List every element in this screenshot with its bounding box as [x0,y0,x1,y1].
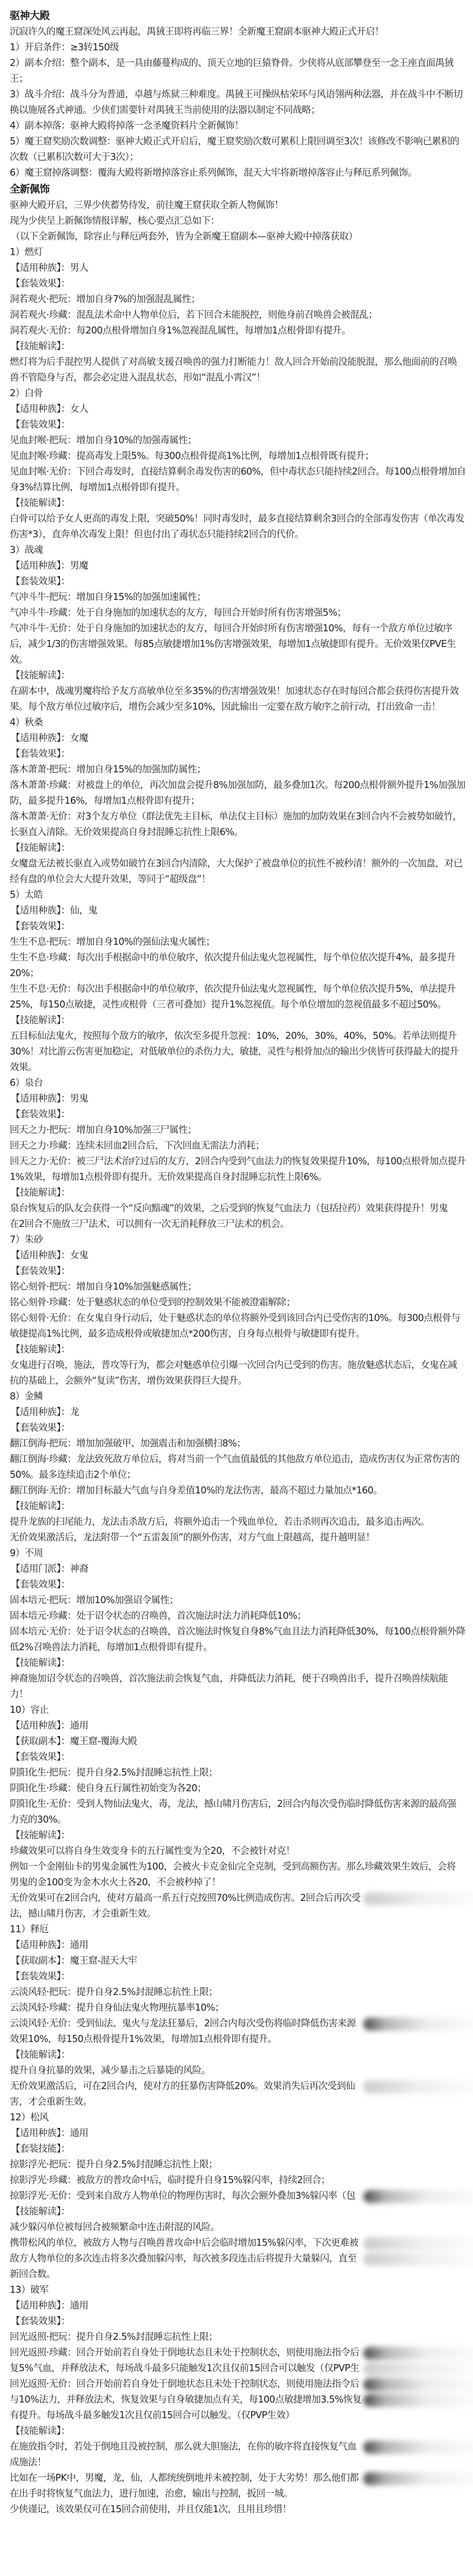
line-text: 驱神大殿 [10,10,50,22]
field-label-line: 【获取副本】：魔王窟-覆海大殿 [10,1734,463,1750]
redaction-smear [363,2018,473,2031]
line-text: 女魔盘无法被长驱直入或势如破竹在3回合内清除，大大保护了被盘单位的抗性不被秒清！… [10,858,463,869]
paragraph-line: 阴阳化生·把玩：提升自身2.5%封混睡忘抗性上限； [10,1765,463,1781]
paragraph-line: 9）不周 [10,1546,463,1561]
paragraph-line: 换以施展各式神通。少侠们需要针对禺狨王当前使用的法器以制定不同战略； [10,103,463,118]
line-text: 20%； [10,968,39,979]
line-text: 【技能解读】： [11,2426,70,2437]
line-text: 兽不管隐身与否，都会必定进入混乱状态，形如“混乱小霄汉”！ [10,372,265,383]
paragraph-line: 回天之力·无价：被三尸法术治疗过后的友方，2回合内受到气血法力的恢复效果提升10… [10,1154,463,1170]
field-label-line: 【技能解读】： [10,1185,463,1201]
line-text: 生生不息·把玩：增加自身10%的强仙法鬼火属性； [10,937,215,947]
line-text: 比如在一场PK中，男魔，龙，仙，人都统统倒地并未被控制，处于大劣势！那么他们都 [10,2473,359,2484]
paragraph-line: 男鬼的金100变为金木水火土各20，不会被秒掉了！ [10,1875,463,1891]
paragraph-line: 固本培元·把玩：增加10%加强诏令属性； [10,1593,463,1609]
field-label-line: 【套装效果】： [10,1107,463,1123]
line-text: 王； [10,74,28,84]
redaction-smear [363,2190,473,2203]
paragraph-line: 新回合数。 [10,2267,463,2283]
line-text: 【套装技能】： [11,2144,70,2154]
line-text: 【技能解读】： [11,1658,70,1669]
line-text: 复5%气血，并释放法术，每场战斗最多只能触发1次且仅前15回合可以触发（仅PVP… [10,2363,359,2374]
line-text: 气冲斗牛·无价：处于自身施加的加速状态的友方，每回合开始时所有伤害增强10%，每… [10,623,452,634]
line-text: 【技能解读】： [11,1344,70,1355]
paragraph-line: 害，才会重新生效。 [10,2094,463,2110]
paragraph-line: 见血封喉·珍藏：提高毒发上限5%。每300点根骨提高1%比例，每增加1点根骨既有… [10,449,463,464]
field-label-line: 【套装效果】： [10,1577,463,1593]
field-label-line: 【技能解读】： [10,2424,463,2439]
field-label-line: 【适用种族】：男鬼 [10,1091,463,1107]
line-text: 落木萧萧·无价：对3个友方单位（群法优先主目标，单法仅主目标）施加的加防效果在3… [10,811,462,822]
paragraph-line: 见血封喉·把玩：增加自身10%的加强毒属性； [10,433,463,449]
field-label-line: 【适用种族】：女鬼 [10,1248,463,1264]
redaction-smear [363,2472,473,2485]
paragraph-line: 身3%结算比例，每增加1点根骨即有提升。 [10,480,463,496]
paragraph-line: 落木萧萧·无价：对3个友方单位（群法优先主目标，单法仅主目标）施加的加防效果在3… [10,809,463,825]
paragraph-line: 比如在一场PK中，男魔，龙，仙，人都统统倒地并未被控制，处于大劣势！那么他们都 [10,2471,463,2486]
line-text: 沉寂许久的魔王窟深处风云再起，禺狨王即将再临三界！全新魔王窟副本驱神大殿正式开启… [10,26,384,37]
line-text: 10）容止 [10,1705,49,1716]
line-text: 【技能解读】： [11,1187,70,1198]
line-text: 12）松风 [10,2112,49,2123]
line-text: 云淡风轻·无价：受到仙法、鬼火与龙法狂暴后，2回合内每次受伤将临时降低伤害来源 [10,2018,356,2029]
line-text: 掠影浮光·无价：受到来自敌方人物单位的物理伤害时，每次会额外叠加3%躲闪率（包 [10,2191,355,2201]
redaction-smear [363,2441,473,2454]
line-text: 力克的30%。 [10,1814,66,1825]
article: 驱神大殿沉寂许久的魔王窟深处风云再起，禺狨王即将再临三界！全新魔王窟副本驱神大殿… [0,0,473,2523]
line-text: 无价效果可在2回合内，使对方最高一系五行克按照70%比例造成伤害。2回合后再次受 [10,1893,361,1904]
field-label-line: 【套装效果】： [10,1420,463,1436]
line-text: 30%！对比游云伤害更加稳定，对低敏单位的杀伤力大，敏捷，灵性与根骨加点的输出少… [10,1046,458,1057]
line-text: 低2%召唤兽法力消耗，每增加1点根骨即有提升。 [10,1642,212,1653]
line-text: 气冲斗牛·把玩：增加自身15%的加强加速属性； [10,592,206,603]
section-heading: 驱神大殿 [10,8,463,24]
line-text: 无价效果激活后，可在2回合内，使对方的狂暴伤害降低20%。效果消失后再次受到仙 [10,2081,355,2092]
field-label-line: 【技能解读】： [10,2047,463,2063]
field-label-line: 【适用种族】：通用 [10,2126,463,2141]
paragraph-line: 女鬼进行召唤，施法，普攻等行为，都会对魅惑单位引爆一次回合内已受到的伤害。施放魅… [10,1358,463,1373]
paragraph-line: 成施法！ [10,2455,463,2471]
line-text: 【技能解读】： [11,1501,70,1512]
paragraph-line: 有提升。每场战斗最多触发1次且仅前15回合可以触发。（仅PVP生效） [10,2408,463,2424]
line-text: 力！ [10,1689,28,1700]
line-text: 铭心刻骨·无价：在女鬼自身行动后，处于魅惑状态的单位将额外受到该回合内已受伤害的… [10,1313,460,1324]
field-label-line: 【技能解读】： [10,1656,463,1671]
line-text: 1%效果，每增加1点根骨即有提升。无价效果提高自身封混睡忘抗性上限6%。 [10,1172,327,1183]
line-text: 9）不周 [10,1548,43,1559]
line-text: 5）魔王窟奖励次数调整：驱神大殿正式开启后，魔王窟奖励次数可累积上限回调至3次！… [10,136,459,147]
line-text: 【适用种族】：仙，鬼 [11,905,97,916]
line-text: 【技能解读】： [11,341,70,352]
paragraph-line: 抗的基础上，会额外“复读”伤害，增伤效果获得巨大提升。 [10,1373,463,1389]
line-text: 【适用种族】：男鬼 [11,1093,88,1104]
line-text: 落木萧萧·把玩：增加自身15%的加强加防属性； [10,764,206,775]
line-text: 翻江倒海·珍藏：龙法致死敌方单位后，将对当前一个气血值最低的其他敌方单位追击，造… [10,1454,460,1465]
line-text: 在出手时将恢复气血法力，进行加速，治愈，输出与控制，扳回一城。 [10,2488,293,2499]
line-text: 洞若观火·无价：每200点根骨增加自身1%忽视混乱属性，每增加1点根骨即有提升。 [10,325,350,336]
line-text: 云淡风轻·珍藏：提升自身仙法鬼火物理抗暴率10%； [10,2003,224,2013]
field-label-line: 【套装效果】： [10,1264,463,1279]
paragraph-line: 生生不息·无价：每次出手根据命中的单位敏序，依次提升仙法鬼火忽视属性，每个单位依… [10,982,463,997]
line-text: 【套装效果】： [11,1109,70,1120]
line-text: 提升自身抗暴的效果，减少暴击之后暴毙的风险。 [10,2065,211,2076]
paragraph-line: 4）副本掉落：驱神大殿将掉落一念圣魔资料片全新佩饰！ [10,118,463,134]
line-text: 【套装效果】： [11,419,70,430]
line-text: 铭心刻骨·珍藏：处于魅惑状态的单位受到的控制效果不能被澄霜解除； [10,1297,295,1308]
line-text: 【适用种族】：通用 [11,2300,88,2311]
paragraph-line: 效。 [10,652,463,668]
line-text: 7）朱砂 [10,1234,43,1245]
line-text: 【技能解读】： [11,2050,70,2060]
paragraph-line: 携带松风的单位，被敌方人物与召唤兽普攻命中后会临时增加15%躲闪率，下次更难被 [10,2235,463,2251]
field-label-line: 【套装效果】： [10,919,463,935]
paragraph-line: 五目标仙法鬼火，按照每个敌方的敏序，依次至多提升忽视：10%，20%，30%，4… [10,1029,463,1044]
line-text: 阴阳化生·无价：受到人物仙法鬼火，毒，龙法，撼山啸月伤害后，2回合内每次受伤临时… [10,1799,456,1810]
line-text: 【技能解读】： [11,670,70,681]
line-text: 换以施展各式神通。少侠们需要针对禺狨王当前使用的法器以制定不同战略； [10,105,320,116]
paragraph-line: 1）燃灯 [10,245,463,261]
paragraph-line: 翻江倒海·无价：增加目标最大气血与自身差值10%的龙法伤害，最高不超过力量加点*… [10,1483,463,1499]
paragraph-line: 铭心刻骨·无价：在女鬼自身行动后，处于魅惑状态的单位将额外受到该回合内已受伤害的… [10,1311,463,1326]
section-heading: 全新佩饰 [10,181,463,198]
line-text: 回天之力·珍藏：连续未回血2回合后，下次回血无需法力消耗； [10,1140,265,1151]
paragraph-line: 25%，每150点敏捷，灵性或根骨（三者可叠加）提升1%忽视值。每个单位增加的忽… [10,997,463,1013]
field-label-line: 【套装效果】： [10,1969,463,1985]
line-text: 【适用种族】：女鬼 [11,1250,88,1261]
paragraph-line: 神裔施加诏令状态的召唤兽，首次施法前会恢复气血，并降低法力消耗，便于召唤兽出手，… [10,1671,463,1687]
paragraph-line: 例如一个金刚仙卡的男鬼金属性为100，会被火卡克金仙完全克制，受到高额伤害。那么… [10,1859,463,1875]
paragraph-line: 1）开启条件：≥3转150级 [10,40,463,56]
line-text: 8）金鳞 [10,1391,43,1402]
redaction-smear [363,2347,473,2360]
line-text: 11）释厄 [10,1924,49,1935]
paragraph-line: 5）太皓 [10,887,463,903]
line-text: 神裔施加诏令状态的召唤兽，首次施法前会恢复气血，并降低法力消耗，便于召唤兽出手，… [10,1673,448,1684]
line-text: 【获取副本】：魔王窟-覆海大殿 [11,1736,137,1747]
paragraph-line: 3）战斗介绍：战斗分为普通，卓越与炼狱三种难度。禺狨王可操纵枯荣环与风语翎两种法… [10,87,463,103]
line-text: 在副本中，战魂男魔将给予友方高敏单位至多35%的伤害增强效果！加速状态存在时每回… [10,686,458,697]
paragraph-line: 少侠谨记，该效果仅可在15回合前使用，并且仅能1次，且用且珍惜！ [10,2502,463,2518]
line-text: 五目标仙法鬼火，按照每个敌方的敏序，依次至多提升忽视：10%，20%，30%，4… [10,1031,457,1042]
line-text: 【套装效果】： [11,278,70,289]
paragraph-line: 王； [10,71,463,87]
line-text: 果。每个敌方单位过敏序后，增伤会减少至多10%，因此输出一定要在敌方敏序之前行动… [10,702,441,712]
paragraph-line: 生生不息·把玩：增加自身10%的强仙法鬼火属性； [10,935,463,950]
line-text: 珍藏效果可以将自身生效变身卡的五行属性变为全20，不会被针对克！ [10,1846,295,1857]
paragraph-line: 防，最多提升16%，每增加1点根骨即有提升； [10,793,463,809]
field-label-line: 【套装效果】： [10,2314,463,2330]
line-text: 回天之力·把玩：增加自身10%加强三尸属性； [10,1125,197,1136]
paragraph-line: 敌方人物单位的多次连击将多次叠加躲闪率，每次被多段连击后将提升大量躲闪，直至 [10,2251,463,2267]
line-text: 【适用种族】：男人 [11,263,88,273]
paragraph-line: 落木萧萧·把玩：增加自身15%的加强加防属性； [10,762,463,778]
line-text: 敏捷提高1%比例，最多造成根骨或敏捷加点*200伤害，自身每点根骨与敏捷即有提升… [10,1329,365,1339]
paragraph-line: 果。每个敌方单位过敏序后，增伤会减少至多10%，因此输出一定要在敌方敏序之前行动… [10,699,463,715]
line-text: 生生不息·无价：每次出手根据命中的单位敏序，依次提升仙法鬼火忽视属性，每个单位依… [10,984,456,995]
line-text: 铭心刻骨·把玩：增加自身10%加强魅惑属性； [10,1282,197,1292]
line-text: 敌方人物单位的多次连击将多次叠加躲闪率，每次被多段连击后将提升大量躲闪，直至 [10,2253,356,2264]
line-text: 阴阳化生·珍藏：使自身五行属性初始变为各20； [10,1783,206,1794]
line-text: 【套装效果】： [11,1266,70,1277]
paragraph-line: 效果10%，每150点根骨提升1%效果，每增加1点根骨即有提升。 [10,2032,463,2047]
line-text: 【技能解读】： [11,843,70,853]
paragraph-line: 法，撼山啸月伤害，才会重新生效。 [10,1906,463,1922]
paragraph-line: 在出手时将恢复气血法力，进行加速，治愈，输出与控制，扳回一城。 [10,2486,463,2502]
field-label-line: 【技能解读】： [10,668,463,684]
field-label-line: 【套装效果】： [10,1750,463,1765]
field-label-line: 【套装技能】： [10,2141,463,2157]
redaction-smear [363,2080,473,2093]
line-text: 生生不息·珍藏：每次出手根据命中的单位敏序，依次提升仙法鬼火忽视属性，每个单位依… [10,952,456,963]
redaction-smear [363,2363,473,2375]
line-text: 身3%结算比例，每增加1点根骨即有提升。 [10,482,185,493]
paragraph-line: 燃灯将为后手混控男人提供了对高敏支援召唤兽的强力打断能力！敌人回合开始前没能脱混… [10,355,463,370]
line-text: 1）燃灯 [10,247,43,258]
paragraph-line: 7）朱砂 [10,1232,463,1248]
field-label-line: 【获取副本】：魔王窟-混天大牢 [10,1953,463,1969]
line-text: 【套装效果】： [11,576,70,587]
paragraph-line: 回天之力·把玩：增加自身10%加强三尸属性； [10,1123,463,1138]
field-label-line: 【技能解读】： [10,1499,463,1514]
line-text: 【套装效果】： [11,1579,70,1590]
line-text: 见血封喉·珍藏：提高毒发上限5%。每300点根骨提高1%比例，每增加1点根骨既有… [10,451,374,462]
line-text: 见血封喉·把玩：增加自身10%的加强毒属性； [10,435,197,446]
line-text: 长驱直入清除。无价效果提高自身封混睡忘抗性上限6%。 [10,827,243,838]
paragraph-line: 泉台恢复后的队友会获得一个“反向黯魂”的效果，之后受到的恢复气血法力（包括拉药）… [10,1201,463,1217]
line-text: 【套装效果】： [11,1423,70,1433]
line-text: 【套装效果】： [11,749,70,759]
line-text: 【套装效果】： [11,921,70,932]
line-text: 防，最多提升16%，每增加1点根骨即有提升； [10,796,200,806]
line-text: 4）秋桑 [10,717,43,728]
paragraph-line: 在施放指令时，若处于倒地且没被控制，那么就大胆施法，在你的敏序将直接恢复气血 [10,2439,463,2455]
line-text: 回光返照·无价：回合开始前若自身处于倒地状态且未处于控制状态，则使用施法指令后 [10,2379,359,2390]
line-text: 法，撼山啸月伤害，才会重新生效。 [10,1908,156,1919]
paragraph-line: 驱神大殿开启，三界少侠蓄势待发，前往魔王窟获取全新人物佩饰！ [10,198,463,213]
paragraph-line: 无价效果可在2回合内，使对方最高一系五行克按照70%比例造成伤害。2回合后再次受 [10,1891,463,1906]
field-label-line: 【套装效果】： [10,276,463,292]
line-text: 【适用种族】：女魔 [11,733,88,744]
line-text: 携带松风的单位，被敌方人物与召唤兽普攻命中后会临时增加15%躲闪率，下次更难被 [10,2238,359,2248]
field-label-line: 【技能解读】： [10,1342,463,1358]
line-text: 燃灯将为后手混控男人提供了对高敏支援召唤兽的强力打断能力！敌人回合开始前没能脱混… [10,357,457,368]
field-label-line: 【适用种族】：龙 [10,1405,463,1420]
field-label-line: 【技能解读】： [10,339,463,355]
paragraph-line: 低2%召唤兽法力消耗，每增加1点根骨即有提升。 [10,1640,463,1656]
paragraph-line: 云淡风轻·把玩：提升自身2.5%封混睡忘抗性上限； [10,1985,463,2000]
paragraph-line: 生生不息·珍藏：每次出手根据命中的单位敏序，依次提升仙法鬼火忽视属性，每个单位依… [10,950,463,966]
line-text: 提升龙族的扫尾能力，龙法击杀敌方后，将额外追击一个残血单位，若击杀则再次追击，最… [10,1517,429,1527]
line-text: 效果10%，每150点根骨提升1%效果，每增加1点根骨即有提升。 [10,2034,277,2045]
paragraph-line: 回光返照·把玩：提升自身2.5%封混睡忘抗性上限； [10,2330,463,2345]
field-label-line: 【技能解读】： [10,496,463,511]
line-text: 阴阳化生·把玩：提升自身2.5%封混睡忘抗性上限； [10,1767,218,1778]
paragraph-line: 掠影浮光·把玩：提升自身2.5%封混睡忘抗性上限； [10,2157,463,2173]
paragraph-line: 后，减少1/3的伤害增强效果。每85点敏捷增加1%伤害增强效果，每增加1点敏捷即… [10,637,463,652]
line-text: 【技能解读】： [11,1015,70,1026]
line-text: 回天之力·无价：被三尸法术治疗过后的友方，2回合内受到气血法力的恢复效果提升10… [10,1156,466,1167]
line-text: （以下全新佩饰，除容止与释厄两套外，皆为全新魔王窟副本—驱神大殿中掉落获取） [11,231,357,242]
paragraph-line: 复5%气血，并释放法术，每场战斗最多只能触发1次且仅前15回合可以触发（仅PVP… [10,2361,463,2377]
paragraph-line: 10）容止 [10,1703,463,1718]
paragraph-line: 5）魔王窟奖励次数调整：驱神大殿正式开启后，魔王窟奖励次数可累积上限回调至3次！… [10,134,463,150]
line-text: 翻江倒海·把玩：增加加强破甲、加强震击和加强横扫8%； [10,1438,246,1449]
line-text: 经有盘的单位会大大提升效果，等同于“超级盘”！ [10,874,211,885]
field-label-line: 【适用种族】：通用 [10,1718,463,1734]
line-text: 新回合数。 [10,2269,56,2280]
redaction-smear [363,2394,473,2407]
line-text: 云淡风轻·把玩：提升自身2.5%封混睡忘抗性上限； [10,1987,218,1998]
line-text: 全新佩饰 [10,183,50,195]
line-text: 减少躲闪单位被每回合被频繁命中连击附混的风险。 [10,2222,220,2233]
field-label-line: 【套装效果】： [10,746,463,762]
line-text: 白骨可以给予女人更高的毒发上限，突破50%！同时毒发时，最多直接结算剩余3回合的… [10,513,464,524]
field-label-line: 【适用种族】：女人 [10,402,463,417]
paragraph-line: 兽不管隐身与否，都会必定进入混乱状态，形如“混乱小霄汉”！ [10,370,463,386]
paragraph-line: 与10%法力，并释放法术，恢复效果与自身敏捷加点有关，每100点敏捷增加3.5%… [10,2392,463,2408]
paragraph-line: 3）战魂 [10,543,463,558]
line-text: 3）战斗介绍：战斗分为普通，卓越与炼狱三种难度。禺狨王可操纵枯荣环与风语翎两种法… [10,89,463,100]
paragraph-line: 沉寂许久的魔王窟深处风云再起，禺狨王即将再临三界！全新魔王窟副本驱神大殿正式开启… [10,24,463,40]
line-text: 1）开启条件：≥3转150级 [10,42,119,53]
paragraph-line: 在2回合不施放三尸法术，可以拥有一次无消耗释放三尸法术的机会。 [10,1217,463,1232]
paragraph-line: 珍藏效果可以将自身生效变身卡的五行属性变为全20，不会被针对克！ [10,1844,463,1859]
line-text: 3）战魂 [10,545,43,556]
line-text: 【套装效果】： [11,2316,70,2327]
line-text: 【适用种族】：通用 [11,1940,88,1951]
line-text: 13）破军 [10,2285,49,2295]
line-text: 无价效果激活后，龙法附带一个“五雷轰顶”的额外伤害，对方气血上限越高，提升越明显… [10,1532,375,1543]
line-text: 男鬼的金100变为金木水火土各20，不会被秒掉了！ [10,1877,221,1888]
paragraph-line: 气冲斗牛·珍藏：处于自身施加的加速状态的友方，每回合开始时所有伤害增强5%； [10,605,463,621]
line-text: 【技能解读】： [11,1830,70,1841]
field-label-line: 【技能解读】： [10,840,463,856]
field-label-line: 【技能解读】： [10,1013,463,1029]
paragraph-line: 2）白骨 [10,386,463,402]
line-text: 掠影浮光·把玩：提升自身2.5%封混睡忘抗性上限； [10,2159,218,2170]
line-text: 洞若观火·把玩：增加自身7%的加强混乱属性； [10,294,200,305]
line-text: 泉台恢复后的队友会获得一个“反向黯魂”的效果，之后受到的恢复气血法力（包括拉药）… [10,1203,448,1214]
paragraph-line: 30%！对比游云伤害更加稳定，对低敏单位的杀伤力大，敏捷，灵性与根骨加点的输出少… [10,1044,463,1060]
field-label-line: 【技能解读】： [10,2204,463,2220]
paragraph-line: 减少躲闪单位被每回合被频繁命中连击附混的风险。 [10,2220,463,2235]
paragraph-line: 50%。最多连续追击2个单位； [10,1467,463,1483]
field-label-line: 【套装效果】： [10,417,463,433]
line-text: 【适用门派】：神裔 [11,1564,88,1574]
redaction-smear [363,2378,473,2391]
paragraph-line: 20%； [10,966,463,982]
line-text: 抗的基础上，会额外“复读”伤害，增伤效果获得巨大提升。 [10,1376,247,1386]
paragraph-line: 白骨可以给予女人更高的毒发上限，突破50%！同时毒发时，最多直接结算剩余3回合的… [10,511,463,527]
line-text: 6）泉台 [10,1078,43,1089]
field-label-line: 【适用种族】：男人 [10,261,463,276]
field-label-line: 【技能解读】： [10,1828,463,1844]
paragraph-line: 力！ [10,1687,463,1703]
line-text: 固本培元·珍藏：处于诏令状态的召唤兽，首次施法时法力消耗降低10%； [10,1611,306,1621]
paragraph-line: 力克的30%。 [10,1812,463,1828]
paragraph-line: 洞若观火·把玩：增加自身7%的加强混乱属性； [10,292,463,308]
line-text: 洞若观火·珍藏：混乱法术命中人物单位后，若下回合未能脱控，则他身前召唤兽会被混乱… [10,310,377,321]
line-text: 伤害*3），直奔单次毒发上限！但也付出了毒状态只能持续2回合的代价。 [10,529,303,540]
paragraph-line: 无价效果激活后，龙法附带一个“五雷轰顶”的额外伤害，对方气血上限越高，提升越明显… [10,1530,463,1546]
paragraph-line: 敏捷提高1%比例，最多造成根骨或敏捷加点*200伤害，自身每点根骨与敏捷即有提升… [10,1326,463,1342]
paragraph-line: 固本培元·无价：处于诏令状态的召唤兽，首次施法时恢复自身8%气血且法力消耗降低3… [10,1624,463,1640]
paragraph-line: 经有盘的单位会大大提升效果，等同于“超级盘”！ [10,872,463,887]
paragraph-line: 女魔盘无法被长驱直入或势如破竹在3回合内清除，大大保护了被盘单位的抗性不被秒清！… [10,856,463,872]
line-text: 25%，每150点敏捷，灵性或根骨（三者可叠加）提升1%忽视值。每个单位增加的忽… [10,999,446,1010]
paragraph-line: 固本培元·珍藏：处于诏令状态的召唤兽，首次施法时法力消耗降低10%； [10,1609,463,1624]
paragraph-line: 掠影浮光·珍藏：被敌方的普攻命中后，临时提升自身15%躲闪率，持续2回合； [10,2173,463,2188]
paragraph-line: 2）副本介绍：整个副本，是一具由藤蔓构成的、顶天立地的巨猿脊骨。少侠将从底部攀登… [10,56,463,71]
paragraph-line: 效果。 [10,1060,463,1076]
line-text: 【套装效果】： [11,1971,70,1982]
line-text: 【适用种族】：通用 [11,1720,88,1731]
paragraph-line: 云淡风轻·珍藏：提升自身仙法鬼火物理抗暴率10%； [10,2000,463,2016]
line-text: 次数（已累积次数可大于3次）； [10,152,138,163]
line-text: 与10%法力，并释放法术，恢复效果与自身敏捷加点有关，每100点敏捷增加3.5%… [10,2394,362,2405]
paragraph-line: 12）松风 [10,2110,463,2126]
line-text: 见血封喉·无价：下回合毒发时，直接结算剩余毒发伤害的60%，但中毒状态只能持续2… [10,466,466,477]
line-text: 现为少侠呈上新佩饰情报详解，核心要点汇总如下： [10,216,220,226]
paragraph-line: 6）魔王窟掉落调整：覆海大殿将新增掉落容止系列佩饰，混天大牢将新增掉落容止与释厄… [10,165,463,181]
line-text: 在2回合不施放三尸法术，可以拥有一次无消耗释放三尸法术的机会。 [10,1219,289,1230]
line-text: 4）副本掉落：驱神大殿将掉落一念圣魔资料片全新佩饰！ [10,121,244,131]
field-label-line: 【适用种族】：男魔 [10,558,463,574]
paragraph-line: 回光返照·珍藏：回合开始前若自身处于倒地状态且未处于控制状态，则使用施法指令后 [10,2345,463,2361]
line-text: 2）副本介绍：整个副本，是一具由藤蔓构成的、顶天立地的巨猿脊骨。少侠将从底部攀登… [10,58,454,69]
paragraph-line: 回光返照·无价：回合开始前若自身处于倒地状态且未处于控制状态，则使用施法指令后 [10,2377,463,2392]
redaction-smear [363,1892,473,1905]
line-text: 【适用种族】：男魔 [11,560,88,571]
line-text: 害，才会重新生效。 [10,2097,92,2107]
paragraph-line: 回天之力·珍藏：连续未回血2回合后，下次回血无需法力消耗； [10,1138,463,1154]
paragraph-line: 见血封喉·无价：下回合毒发时，直接结算剩余毒发伤害的60%，但中毒状态只能持续2… [10,464,463,480]
paragraph-line: 翻江倒海·把玩：增加加强破甲、加强震击和加强横扫8%； [10,1436,463,1452]
paragraph-line: 气冲斗牛·把玩：增加自身15%的加强加速属性； [10,590,463,605]
paragraph-line: 伤害*3），直奔单次毒发上限！但也付出了毒状态只能持续2回合的代价。 [10,527,463,543]
line-text: 【适用种族】：女人 [11,404,88,415]
paragraph-line: 次数（已累积次数可大于3次）； [10,150,463,165]
paragraph-line: 现为少侠呈上新佩饰情报详解，核心要点汇总如下： [10,213,463,229]
field-label-line: 【套装效果】： [10,574,463,590]
line-text: 50%。最多连续追击2个单位； [10,1470,136,1480]
paragraph-line: 阴阳化生·珍藏：使自身五行属性初始变为各20； [10,1781,463,1797]
paragraph-line: 铭心刻骨·珍藏：处于魅惑状态的单位受到的控制效果不能被澄霜解除； [10,1295,463,1311]
line-text: 【技能解读】： [11,498,70,509]
paragraph-line: 云淡风轻·无价：受到仙法、鬼火与龙法狂暴后，2回合内每次受伤将临时降低伤害来源 [10,2016,463,2032]
field-label-line: 【适用种族】：通用 [10,2298,463,2314]
paragraph-line: 翻江倒海·珍藏：龙法致死敌方单位后，将对当前一个气血值最低的其他敌方单位追击，造… [10,1452,463,1467]
line-text: 后，减少1/3的伤害增强效果。每85点敏捷增加1%伤害增强效果，每增加1点敏捷即… [10,639,456,650]
line-text: 成施法！ [10,2457,46,2468]
paragraph-line: 在副本中，战魂男魔将给予友方高敏单位至多35%的伤害增强效果！加速状态存在时每回… [10,684,463,699]
paragraph-line: 6）泉台 [10,1076,463,1091]
line-text: 驱神大殿开启，三界少侠蓄势待发，前往魔王窟获取全新人物佩饰！ [10,200,283,211]
paragraph-line: 长驱直入清除。无价效果提高自身封混睡忘抗性上限6%。 [10,825,463,840]
field-label-line: 【适用种族】：仙，鬼 [10,903,463,919]
line-text: 女鬼进行召唤，施法，普攻等行为，都会对魅惑单位引爆一次回合内已受到的伤害。施放魅… [10,1360,457,1371]
line-text: 5）太皓 [10,890,43,900]
field-label-line: 【适用门派】：神裔 [10,1561,463,1577]
line-text: 【技能解读】： [11,2206,70,2217]
paragraph-line: 4）秋桑 [10,715,463,731]
line-text: 6）魔王窟掉落调整：覆海大殿将新增掉落容止系列佩饰，混天大牢将新增掉落容止与释厄… [10,168,417,178]
line-text: 效果。 [10,1062,37,1073]
line-text: 少侠谨记，该效果仅可在15回合前使用，并且仅能1次，且用且珍惜！ [10,2504,292,2515]
paragraph-line: 11）释厄 [10,1922,463,1938]
field-label-line: （以下全新佩饰，除容止与释厄两套外，皆为全新魔王窟副本—驱神大殿中掉落获取） [10,229,463,245]
line-text: 在施放指令时，若处于倒地且没被控制，那么就大胆施法，在你的敏序将直接恢复气血 [10,2441,356,2452]
